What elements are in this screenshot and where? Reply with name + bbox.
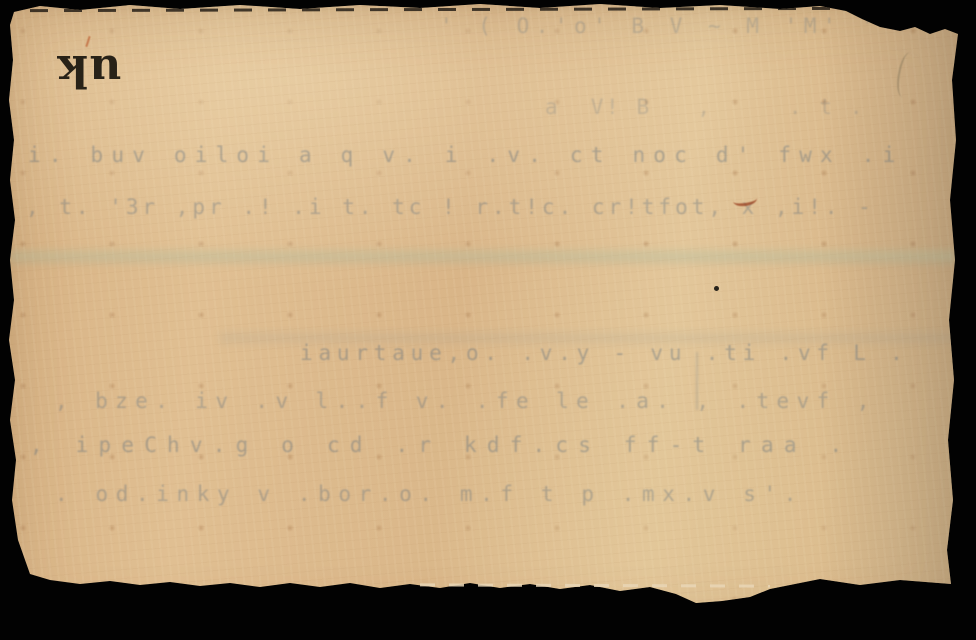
bottom-perforation-dashes [420,583,770,587]
horizontal-stain-band [10,246,956,268]
typewritten-line: iaurtaue,o. .v.y - vu .ti .vf L . [300,341,909,365]
typewritten-line: , bze. iv .v l..f v. .fe le .a. , .tevf … [55,389,877,413]
typewritten-line: i. buv oiloi a q v. i .v. ct noc d' fwx … [28,143,903,167]
typewritten-line: a V! B , . t . [545,95,865,119]
faint-ink-streak [696,352,698,410]
typewritten-line: . od.inky v .bor.o. m.f t p .mx.v s'. [55,482,804,506]
ink-dot [714,286,719,291]
scan-background: uk ' ( O.'o' B V ~ M 'M' ' a V! B , . t … [0,0,976,640]
typewritten-line: , ipeChv.g o cd .r kdf.cs ff-t raa . [30,433,852,457]
uk-library-stamp: uk [50,40,128,98]
typewritten-line: ' ( O.'o' B V ~ M 'M' ' [440,14,880,38]
paper-card: uk ' ( O.'o' B V ~ M 'M' ' a V! B , . t … [0,0,976,640]
